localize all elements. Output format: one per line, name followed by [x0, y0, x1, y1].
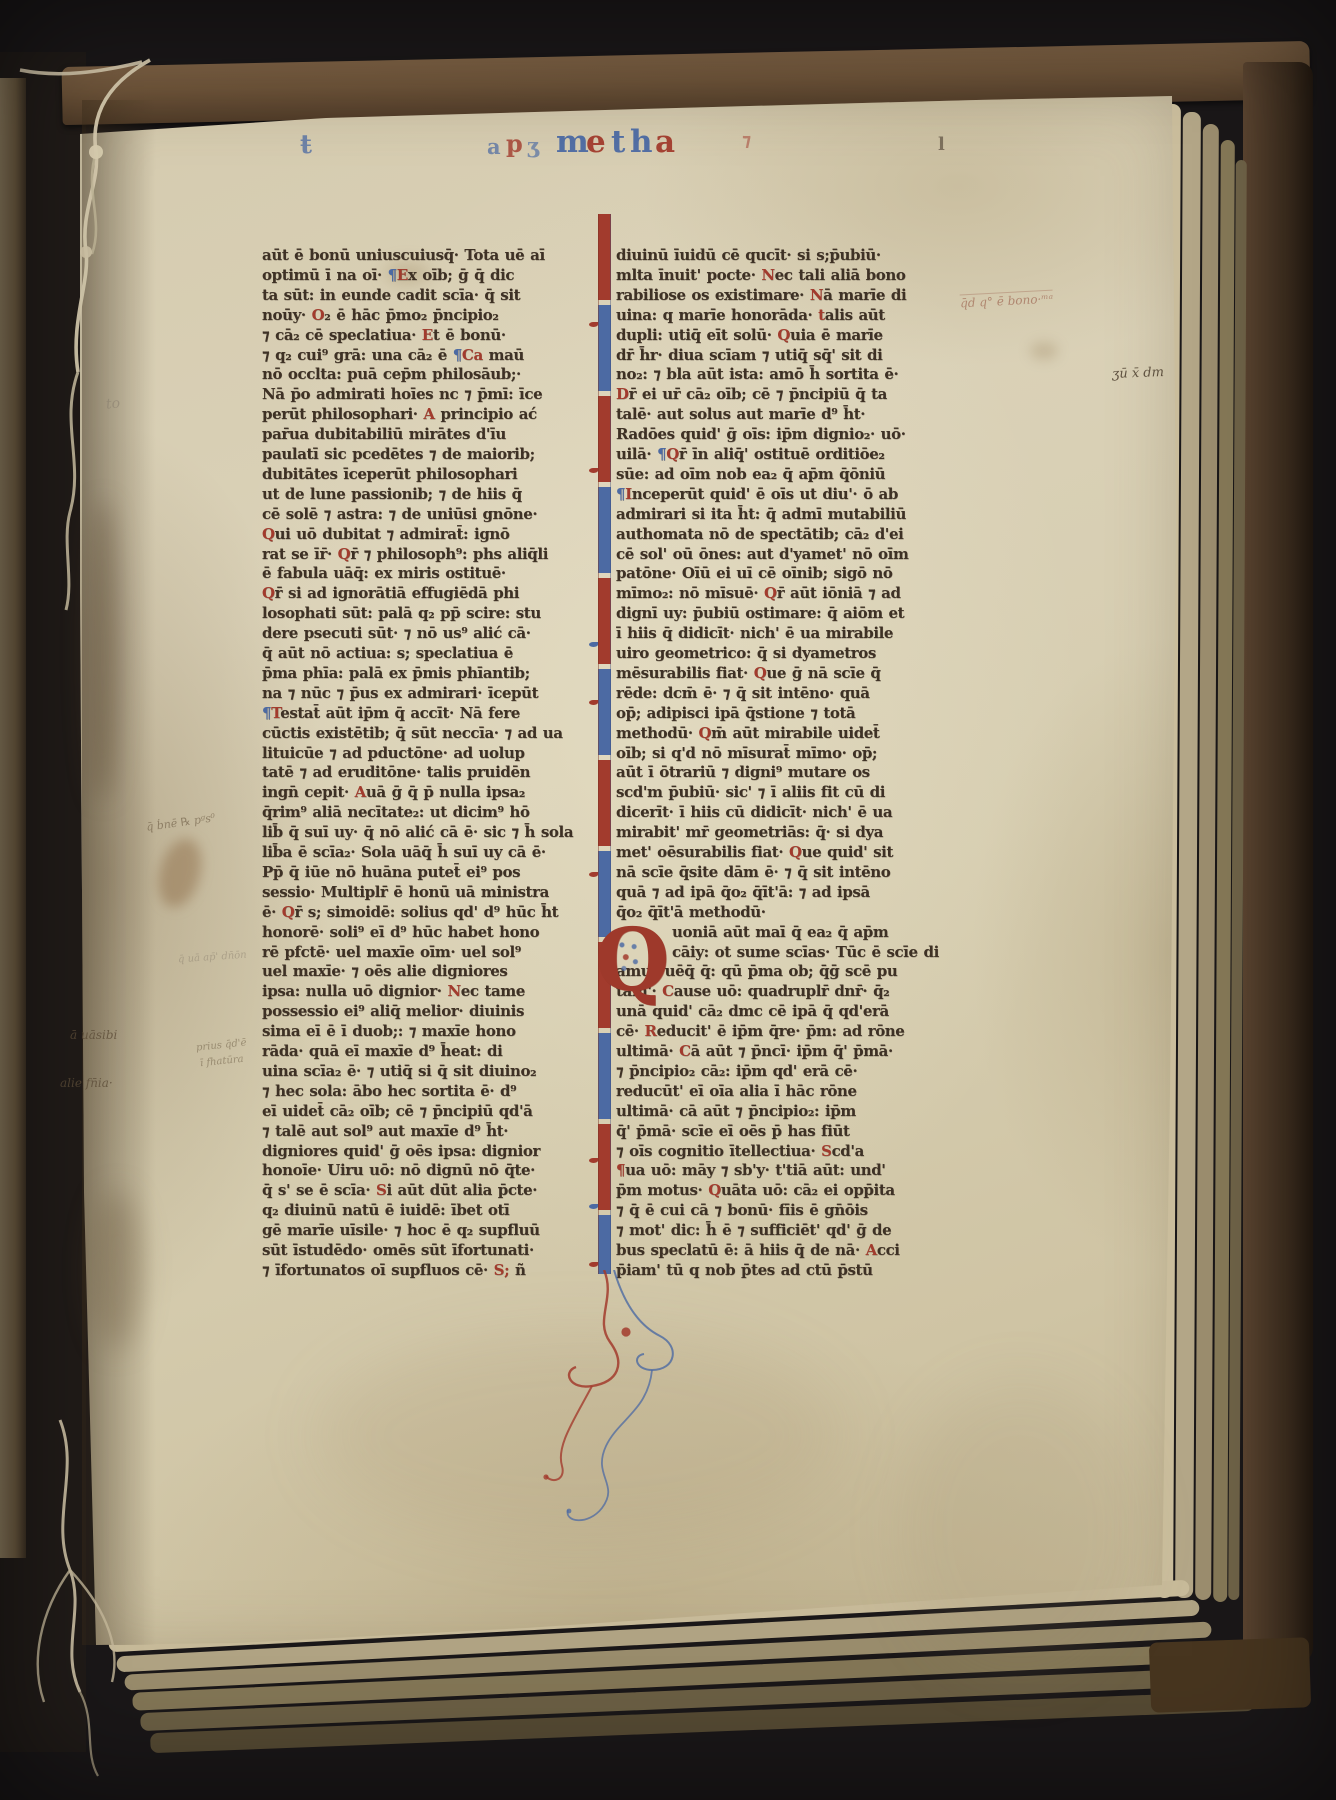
rubric-red: Q	[699, 724, 712, 742]
rubric-red: Q	[666, 445, 679, 463]
rubric-red: Q	[338, 545, 351, 563]
text-line: Qui uō dubitat ⁊ admirat̄: ignō	[262, 525, 510, 543]
rubric-red: N	[447, 982, 460, 1000]
running-title-letter: p	[506, 129, 523, 158]
text-line: uina scīa₂ ē· ⁊ utiq̄ si q̄ sit diuino₂	[262, 1062, 536, 1080]
rubric-red: Ca	[462, 346, 483, 364]
text-line: mīmo₂: nō mīsuē· Qr̄ aūt iōniā ⁊ ad	[616, 584, 901, 602]
rubric-red: Q	[754, 664, 767, 682]
text-line: honoīe· Uiru uō: nō dignū nō q̄te·	[262, 1161, 535, 1179]
text-line: par̄ua dubitabiliū mirātes d'īu	[262, 425, 506, 443]
text-line: uel maxīe· ⁊ oēs alie digniores	[262, 962, 507, 980]
manuscript-photo: Q aūt ē bonū uniuscuiusq̄· Tota uē aīopt…	[0, 0, 1336, 1800]
text-line: dicerīt· ī hiis cū didicīt· nich' ē ua	[616, 803, 892, 821]
text-line: ¶Inceperūt quid' ē oīs ut diu'· ō ab	[616, 485, 898, 503]
text-line: optimū ī na oī· ¶Ex oīb; ḡ q̄ dic	[262, 266, 514, 284]
text-line: cē· Reducit' ē ip̄m q̄re· p̄m: ad rōne	[616, 1022, 904, 1040]
text-line: perūt philosophari· A principio ać	[262, 405, 537, 423]
text-line: rē pfctē· uel maxīe oīm· uel sol⁹	[262, 943, 521, 961]
running-title-letter: l	[938, 134, 945, 155]
text-line: mirabit' mr̄ geometriās: q̄· si dya	[616, 823, 883, 841]
text-line: ē fabula uāq̄: ex miris ostituē·	[262, 564, 506, 582]
text-line: possessio ei⁹ aliq̄ melior· diuinis	[262, 1002, 524, 1020]
text-line: reducūt' eī oīa alia ī hāc rōne	[616, 1082, 857, 1100]
running-title-letter: ⁊	[742, 130, 751, 151]
text-line: losophati sūt: palā q₂ pp̄ scire: stu	[262, 604, 541, 622]
running-title-letter: ŧ	[300, 130, 312, 160]
running-title-letter: m	[556, 124, 589, 160]
text-line: ut de lune passionib; ⁊ de hiis q̄	[262, 485, 522, 503]
text-line: scd'm p̄ubiū· sic' ⁊ ī aliis fit cū di	[616, 783, 885, 801]
text-line: ultimā· Cā aūt ⁊ p̄ncī· ip̄m q̄' p̄mā·	[616, 1042, 893, 1060]
paraph-blue: ¶	[388, 266, 397, 284]
text-line: ⁊ talē aut sol⁹ aut maxīe d⁹ h̄t·	[262, 1122, 508, 1140]
running-title-letter: a	[487, 134, 501, 159]
text-line: sūt īstudēdo· omēs sūt īfortunati·	[262, 1241, 534, 1259]
running-title-letter: t	[611, 124, 625, 160]
text-line: rabiliose os existimare· Nā marīe di	[616, 286, 906, 304]
text-line: ultimā· cā aūt ⁊ p̄ncipio₂: ip̄m	[616, 1102, 856, 1120]
rubric-red: D	[616, 385, 629, 403]
rubric-red: E	[397, 266, 408, 284]
text-line: aūt ī ōtrariū ⁊ digni⁹ mutare os	[616, 763, 870, 781]
text-line: ⁊ hec sola: ābo hec sortita ē· d⁹	[262, 1082, 516, 1100]
text-line: methodū· Qm̄ aūt mirabile uidet̄	[616, 724, 879, 742]
margin-annotation: ʒū x̄ dm	[1112, 365, 1164, 382]
paraph-blue: ¶	[616, 485, 625, 503]
text-line: noūy· O₂ ē hāc p̄mo₂ p̄ncipio₂	[262, 306, 499, 324]
text-column-right: diuinū īuidū cē qucīt· si s;p̄ubiū·mlta …	[616, 246, 952, 1287]
text-line: rat se īr̄· Qr̄ ⁊ philosoph⁹: phs aliq̄l…	[262, 545, 548, 563]
rubric-red: N	[810, 286, 823, 304]
text-line: ¶Testat̄ aūt ip̄m q̄ accīt· Nā fere	[262, 704, 520, 722]
text-line: authomata nō de spectātib; cā₂ d'ei	[616, 525, 903, 543]
running-title-letter: e	[586, 124, 606, 160]
text-line: q̄' p̄mā· scīe eī oēs p̄ has fiūt	[616, 1122, 850, 1140]
rubric-red: Q	[708, 1181, 721, 1199]
text-line: uoniā aūt maī q̄ ea₂ q̄ ap̄m	[672, 923, 888, 941]
text-line: ta sūt: in eunde cadit scīa· q̄ sit	[262, 286, 520, 304]
text-line: gē marīe uīsile· ⁊ hoc ē q₂ supfluū	[262, 1221, 540, 1239]
text-line: ī hiis q̄ didicīt· nich' ē ua mirabile	[616, 624, 893, 642]
running-title-letter: h	[630, 124, 653, 160]
text-line: dere psecuti sūt· ⁊ nō us⁹ alić cā·	[262, 624, 531, 642]
text-line: honorē· soli⁹ eī d⁹ hūc habet hono	[262, 923, 539, 941]
text-line: paulatī sic pcedētes ⁊ de maiorib;	[262, 445, 535, 463]
text-line: q̄rim⁹ aliā necītate₂: ut dicim⁹ hō	[262, 803, 530, 821]
text-line: uina: q marīe honorāda· talis aūt	[616, 306, 885, 324]
text-line: tatē ⁊ ad eruditōne· talis pruidēn	[262, 763, 530, 781]
text-line: ingn̄ cepit· Auā ḡ q̄ p̄ nulla ipsa₂	[262, 783, 525, 801]
decorated-initial-q: Q	[595, 918, 661, 1014]
text-line: q₂ diuinū natū ē iuidē: ībet otī	[262, 1201, 509, 1219]
text-line: cē sol' oū ōnes: aut d'yamet' nō oīm	[616, 545, 908, 563]
text-line: mlta īnuit' pocte· Nec tali aliā bono	[616, 266, 905, 284]
rubric-red: Q	[777, 326, 790, 344]
text-line: Qr̄ si ad ignorātiā effugiēdā phi	[262, 584, 519, 602]
rubric-red: A	[355, 783, 366, 801]
text-line: ⁊ īfortunatos oī supfluos cē· S; ñ	[262, 1261, 526, 1279]
rubric-red: O	[312, 306, 325, 324]
text-line: diuinū īuidū cē qucīt· si s;p̄ubiū·	[616, 246, 881, 264]
text-line: ⁊ oīs cognitio ītellectiua· Scd'a	[616, 1142, 864, 1160]
text-line: nā scīe q̄site dām ē· ⁊ q̄ sit intēno	[616, 863, 890, 881]
book-back-board-edge	[1243, 62, 1313, 1662]
text-line: aūt ē bonū uniuscuiusq̄· Tota uē aī	[262, 246, 545, 264]
text-line: ⁊ cā₂ cē speclatiua· Et ē bonū·	[262, 326, 506, 344]
rubric-red: A	[866, 1241, 877, 1259]
text-line: rēde: dcm̄ ē· ⁊ q̄ sit intēno· quā	[616, 684, 870, 702]
text-line: sima eī ē ī duob;: ⁊ maxīe hono	[262, 1022, 516, 1040]
text-line: nō occlta: puā cep̄m philosāub;·	[262, 365, 521, 383]
rubric-red: Q	[789, 843, 802, 861]
rubric-red: Q	[282, 903, 295, 921]
text-line: sessio· Multiplr̄ ē honū uā ministra	[262, 883, 549, 901]
bottom-board-corner	[1149, 1637, 1311, 1713]
text-line: cāiy: ot sume scīas· Tūc ē scīe di	[672, 943, 939, 961]
rubric-red: C	[679, 1042, 691, 1060]
text-line: Dr̄ ei ur̄ cā₂ oīb; cē ⁊ p̄ncipiū q̄ ta	[616, 385, 887, 403]
rubric-red: ¶	[616, 1161, 625, 1179]
text-line: lib̄ q̄ suī uy· q̄ nō alić cā ē· sic ⁊ h…	[262, 823, 573, 841]
rubric-red: S	[376, 1181, 386, 1199]
initial-filigree	[613, 934, 645, 976]
text-line: Nā p̄o admirati hoīes nc ⁊ p̄mī: īce	[262, 385, 542, 403]
text-column-left: aūt ē bonū uniuscuiusq̄· Tota uē aīoptim…	[262, 246, 596, 1287]
text-line: na ⁊ nūc ⁊ p̄us ex admirari· īcepūt	[262, 684, 538, 702]
sewing-threads	[0, 40, 210, 1800]
text-line: cūctis existētib; q̄ sūt neccīa· ⁊ ad ua	[262, 724, 563, 742]
rubric-red: E	[422, 326, 433, 344]
text-line: uilā· ¶Qr̄ īn aliq̄' ostituē orditiōe₂	[616, 445, 885, 463]
text-line: quā ⁊ ad ipā q̄o₂ q̄īt'ā: ⁊ ad ipsā	[616, 883, 870, 901]
rubric-red: S;	[494, 1261, 510, 1279]
text-line: eī uidet̄ cā₂ oīb; cē ⁊ p̄ncipiū qd'ā	[262, 1102, 533, 1120]
text-line: lib̄a ē scīa₂· Sola uāq̄ h̄ suī uy cā ē·	[262, 843, 546, 861]
text-line: oīb; si q'd nō mīsurat̄ mīmo· op̄;	[616, 744, 877, 762]
text-line: p̄ma phīa: palā ex p̄mis phīantib;	[262, 664, 530, 682]
rubric-red: T	[271, 704, 280, 722]
text-line: ¶ua uō: māy ⁊ sb'y· t'tiā aūt: und'	[616, 1161, 886, 1179]
rubric-red: Q	[262, 525, 275, 543]
text-line: mēsurabilis fiat· Que ḡ nā scīe q̄	[616, 664, 881, 682]
text-line: dignī uy: p̄ubiū ostimare: q̄ aiōm et	[616, 604, 904, 622]
rubric-red: A	[423, 405, 434, 423]
text-line: no₂: ⁊ bla aūt ista: amō h̄ sortita ē·	[616, 365, 898, 383]
rubric-red: N	[761, 266, 774, 284]
text-line: dr̄ h̄r· diua scīam ⁊ utiq̄ sq̄' sit di	[616, 346, 882, 364]
running-title-letter: a	[655, 124, 675, 160]
rubric-red: Q	[764, 584, 777, 602]
text-line: met' oēsurabilis fiat· Que quid' sit	[616, 843, 893, 861]
text-line: patōne· Oīū ei uī cē oīnib; sigō nō	[616, 564, 892, 582]
running-title-letter: ʒ	[527, 133, 539, 158]
rubric-red: I	[625, 485, 632, 503]
paraph-blue: ¶	[262, 704, 271, 722]
text-line: digniores quid' ḡ oēs ipsa: dignior	[262, 1142, 540, 1160]
ornamental-bar	[598, 214, 611, 1274]
text-line: uiro geometrico: q̄ si dyametros	[616, 644, 876, 662]
text-line: Radōes quid' ḡ oīs: ip̄m dignio₂· uō·	[616, 425, 906, 443]
rubric-red: R	[645, 1022, 657, 1040]
text-line: cē solē ⁊ astra: ⁊ de uniūsi gnōne·	[262, 505, 537, 523]
text-line: lituicūe ⁊ ad pductōne· ad uolup	[262, 744, 525, 762]
text-line: bus speclatū ē: ā hiis q̄ de nā· Acci	[616, 1241, 900, 1259]
rubric-red: S	[821, 1142, 831, 1160]
text-line: ⁊ q̄ ē cui cā ⁊ bonū· fīis ē gn̄ōis	[616, 1201, 868, 1219]
text-line: ⁊ p̄ncipio₂ cā₂: ip̄m qd' erā cē·	[616, 1062, 857, 1080]
text-line: ⁊ q₂ cui⁹ grā: una cā₂ ē ¶Ca maū	[262, 346, 524, 364]
text-line: ⁊ mot' dic: h̄ ē ⁊ sufficiēt' qd' ḡ de	[616, 1221, 891, 1239]
text-line: op̄; adipisci ipā q̄stione ⁊ totā	[616, 704, 855, 722]
text-line: ipsa: nulla uō dignior· Nec tame	[262, 982, 525, 1000]
text-line: dupli: utiq̄ eīt solū· Quia ē marīe	[616, 326, 883, 344]
text-line: rāda· quā eī maxīe d⁹ h̄eat: di	[262, 1042, 502, 1060]
text-line: Pp̄ q̄ iūe nō huāna putet̄ ei⁹ pos	[262, 863, 520, 881]
paraph-blue: ¶	[657, 445, 666, 463]
text-line: q̄ aūt nō actiua: s; speclatiua ē	[262, 644, 513, 662]
rubric-red: Q	[262, 584, 275, 602]
text-line: p̄m motus· Quāta uō: cā₂ ei opp̄ita	[616, 1181, 895, 1199]
text-line: sūe: ad oīm nob ea₂ q̄ ap̄m q̄ōniū	[616, 465, 885, 483]
text-line: ē· Qr̄ s; simoidē: solius qd' d⁹ hūc h̄t	[262, 903, 558, 921]
text-line: q̄ s' se ē scīa· Si aūt dūt alia p̄cte·	[262, 1181, 537, 1199]
text-line: admirari si ita h̄t: q̄ admī mutabiliū	[616, 505, 906, 523]
text-line: dubitātes īceperūt philosophari	[262, 465, 517, 483]
text-line: talē· aut solus aut marīe d⁹ h̄t·	[616, 405, 865, 423]
paraph-blue: ¶	[453, 346, 462, 364]
pen-flourish	[528, 1270, 698, 1540]
